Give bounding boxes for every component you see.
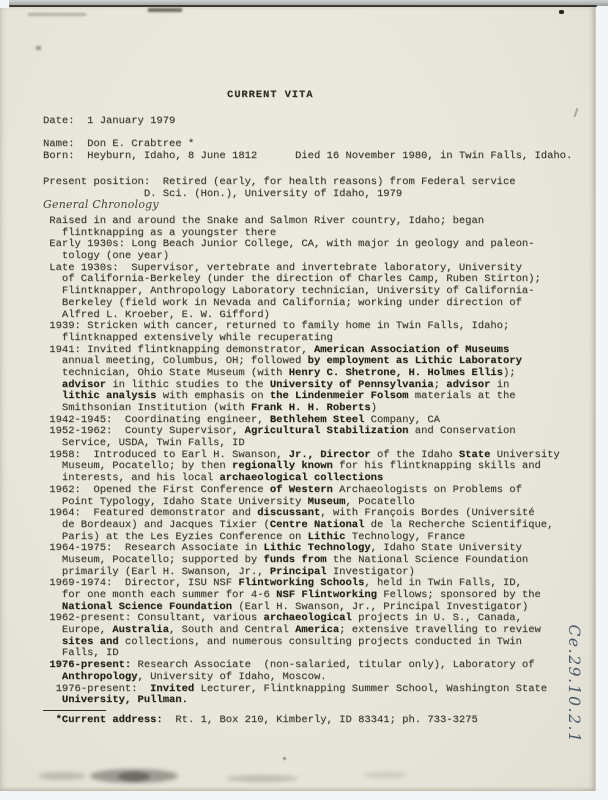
text-run: Europe, bbox=[43, 624, 112, 636]
text-run: the National Science Foundation bbox=[327, 554, 529, 566]
text-run-bold: by employment as Lithic Laboratory bbox=[308, 355, 522, 367]
section-heading-general-chronology: General Chronology bbox=[43, 199, 159, 211]
text-run bbox=[43, 636, 62, 648]
text-run-bold: American Association of Museums bbox=[314, 344, 509, 356]
chronology-list: Raised in and around the Snake and Salmo… bbox=[43, 216, 560, 707]
scan-speck bbox=[283, 757, 286, 760]
text-run: Museum, Pocatello; by then bbox=[43, 460, 232, 472]
text-run: Company, CA bbox=[364, 414, 440, 426]
text-run: ) bbox=[371, 402, 377, 414]
text-run-bold: Agricultural Stabilization bbox=[245, 425, 409, 437]
text-run-bold: Lithic bbox=[308, 531, 346, 543]
text-run bbox=[43, 601, 62, 613]
scan-smudge bbox=[148, 8, 182, 12]
text-run-bold: advisor bbox=[62, 379, 106, 391]
text-run: Paris) at the Les Eyzies Conference on bbox=[43, 531, 308, 543]
scan-ink-dot bbox=[559, 10, 564, 14]
text-run-bold: sites and bbox=[62, 636, 119, 648]
scanned-document-page: CURRENT VITA Date: 1 January 1979 Name: … bbox=[0, 0, 608, 800]
scan-smudge bbox=[118, 772, 150, 781]
text-run bbox=[43, 390, 62, 402]
text-run: , held in Twin Falls, ID, bbox=[364, 577, 522, 589]
text-run: , University of Idaho, Moscow. bbox=[138, 671, 327, 683]
text-run-bold: funds from bbox=[264, 554, 327, 566]
text-run-bold: discussant bbox=[257, 507, 320, 519]
text-run: and Conservation bbox=[408, 425, 515, 437]
text-run: Rt. 1, Box 210, Kimberly, ID 83341; ph. … bbox=[163, 714, 478, 726]
scan-smudge bbox=[28, 13, 86, 16]
text-run: with emphasis on bbox=[156, 390, 269, 402]
text-run-bold: Bethlehem Steel bbox=[270, 414, 365, 426]
text-run: flintknapping as a youngster there bbox=[43, 227, 276, 239]
text-run-bold: National Science Foundation bbox=[62, 601, 232, 613]
text-run: for his flintknapping skills and bbox=[333, 460, 541, 472]
text-run: de Bordeaux) and Jacques Tixier ( bbox=[43, 519, 270, 531]
text-run: 1942-1945: Coordinating engineer, bbox=[43, 414, 270, 426]
text-run: Smithsonian Institution (with bbox=[43, 402, 251, 414]
scan-smudge bbox=[36, 46, 41, 50]
text-run-bold: 1976-present: bbox=[49, 659, 131, 671]
text-run: ; bbox=[434, 379, 447, 391]
text-run: University bbox=[490, 449, 559, 461]
text-run: Raised in and around the Snake and Salmo… bbox=[43, 215, 484, 227]
text-run: 1952-1962: County Supervisor, bbox=[43, 425, 245, 437]
text-run bbox=[43, 694, 62, 706]
present-position-line-1: Present position: Retired (early, for he… bbox=[43, 177, 516, 189]
text-run: Late 1930s: Supervisor, vertebrate and i… bbox=[43, 262, 522, 274]
archive-number-text: Ce.29.10.2.1 bbox=[565, 624, 583, 743]
text-run: 1964: Featured demonstrator and bbox=[43, 507, 257, 519]
text-run: Fellows; sponsored by the bbox=[377, 589, 541, 601]
text-run: Falls, ID bbox=[43, 647, 119, 659]
text-run-bold: America bbox=[295, 624, 339, 636]
text-run-bold: Henry C. Shetrone, H. Holmes Ellis bbox=[289, 367, 503, 379]
footnote-line: *Current address: Rt. 1, Box 210, Kimber… bbox=[43, 715, 478, 727]
text-run bbox=[43, 714, 56, 726]
text-run: 1969-1974: Director, ISU NSF bbox=[43, 577, 238, 589]
date-line: Date: 1 January 1979 bbox=[43, 116, 175, 128]
text-run bbox=[43, 379, 62, 391]
text-run-bold: Australia bbox=[112, 624, 169, 636]
scan-corner bbox=[0, 0, 9, 8]
text-run: projects in U. S., Canada, bbox=[352, 612, 522, 624]
text-run: annual meeting, Columbus, OH; followed bbox=[43, 355, 308, 367]
text-run-bold: Lithic Technology bbox=[264, 542, 371, 554]
text-run-bold: *Current address: bbox=[56, 714, 163, 726]
text-run: de la Recherche Scientifique, bbox=[364, 519, 553, 531]
text-run: Early 1930s: Long Beach Junior College, … bbox=[43, 238, 534, 250]
text-run: Research Associate (non-salaried, titula… bbox=[131, 659, 534, 671]
text-run: tology (one year) bbox=[43, 250, 169, 262]
text-run: Service, USDA, Twin Falls, ID bbox=[43, 437, 245, 449]
text-run: of the Idaho bbox=[371, 449, 459, 461]
text-run-bold: NSF Flintworking bbox=[276, 589, 377, 601]
text-run: for one month each summer for 4-6 bbox=[43, 589, 276, 601]
born-died-line: Born: Heyburn, Idaho, 8 June 1812 Died 1… bbox=[43, 151, 572, 163]
footnote-current-address: *Current address: Rt. 1, Box 210, Kimber… bbox=[43, 715, 478, 727]
text-run-bold: Invited bbox=[150, 683, 194, 695]
text-run: Point Typology, Idaho State University bbox=[43, 496, 308, 508]
text-run: (Earl H. Swanson, Jr., Principal Investi… bbox=[232, 601, 528, 613]
text-run: Archaeologists on Problems of bbox=[333, 484, 522, 496]
text-run: , with François Bordes (Université bbox=[320, 507, 534, 519]
text-run: Technology, France bbox=[345, 531, 465, 543]
text-run-bold: State bbox=[459, 449, 491, 461]
text-run-bold: Museum bbox=[308, 496, 346, 508]
text-run-bold: Anthropology bbox=[62, 671, 138, 683]
document-title: CURRENT VITA bbox=[227, 90, 313, 102]
text-run: 1964-1975: Research Associate in bbox=[43, 542, 264, 554]
chronology-line: sites and collections, and numerous cons… bbox=[43, 637, 560, 649]
text-run-bold: Centre National bbox=[270, 519, 365, 531]
text-run: materials at the bbox=[408, 390, 515, 402]
name-line: Name: Don E. Crabtree * bbox=[43, 139, 194, 151]
text-run-bold: archaeological bbox=[264, 612, 352, 624]
text-run: Museum, Pocatello; supported by bbox=[43, 554, 264, 566]
text-run: , Idaho State University bbox=[371, 542, 522, 554]
text-run-bold: of Western bbox=[270, 484, 333, 496]
text-run bbox=[43, 671, 62, 683]
text-run: in bbox=[490, 379, 509, 391]
text-run: technician, Ohio State Museum (with bbox=[43, 367, 289, 379]
text-run: 1958: Introduced to Earl H. Swanson, bbox=[43, 449, 289, 461]
text-run: Investigator) bbox=[327, 566, 415, 578]
footnote-rule bbox=[43, 710, 106, 711]
text-run: 1962-present: Consultant, various bbox=[43, 612, 264, 624]
text-run-bold: University, Pullman. bbox=[62, 694, 188, 706]
chronology-line: University, Pullman. bbox=[43, 695, 560, 707]
text-run-bold: advisor bbox=[446, 379, 490, 391]
text-run: of California-Berkeley (under the direct… bbox=[43, 273, 541, 285]
text-run: 1939: Stricken with cancer, returned to … bbox=[43, 320, 509, 332]
text-run-bold: archaeological collections bbox=[219, 472, 383, 484]
text-run-bold: regionally known bbox=[232, 460, 333, 472]
text-run: primarily (Earl H. Swanson, Jr., bbox=[43, 566, 270, 578]
scan-smudge bbox=[38, 772, 86, 780]
scan-smudge bbox=[364, 772, 408, 778]
text-run-bold: Jr., Director bbox=[289, 449, 371, 461]
text-run: flintknapped extensively while recuperat… bbox=[43, 332, 333, 344]
text-run-bold: Flintworking Schools bbox=[238, 577, 364, 589]
text-run: interests, and his local bbox=[43, 472, 219, 484]
text-run: ; extensive travelling to review bbox=[339, 624, 541, 636]
scan-smudge bbox=[226, 775, 298, 782]
text-run: ); bbox=[503, 367, 516, 379]
text-run: Lecturer, Flintknapping Summer School, W… bbox=[194, 683, 547, 695]
text-run: 1962: Opened the First Conference bbox=[43, 484, 270, 496]
text-run: Alfred L. Kroeber, E. W. Gifford) bbox=[43, 309, 270, 321]
text-run: in lithic studies to the bbox=[106, 379, 270, 391]
text-run-bold: Frank H. H. Roberts bbox=[251, 402, 371, 414]
text-run: 1941: Invited flintknapping demonstrator… bbox=[43, 344, 314, 356]
text-run: Berkeley (field work in Nevada and Calif… bbox=[43, 297, 522, 309]
text-run-bold: the Lindenmeier Folsom bbox=[270, 390, 409, 402]
text-run: 1976-present: bbox=[43, 683, 150, 695]
text-run: , Pocatello bbox=[345, 496, 414, 508]
text-run-bold: University of Pennsylvania bbox=[270, 379, 434, 391]
text-run-bold: Principal bbox=[270, 566, 327, 578]
text-run-bold: lithic analysis bbox=[62, 390, 157, 402]
text-run: Flintknapper, Anthropology Laboratory te… bbox=[43, 285, 534, 297]
text-run: , South and Central bbox=[169, 624, 295, 636]
text-run: collections, and numerous consulting pro… bbox=[119, 636, 522, 648]
